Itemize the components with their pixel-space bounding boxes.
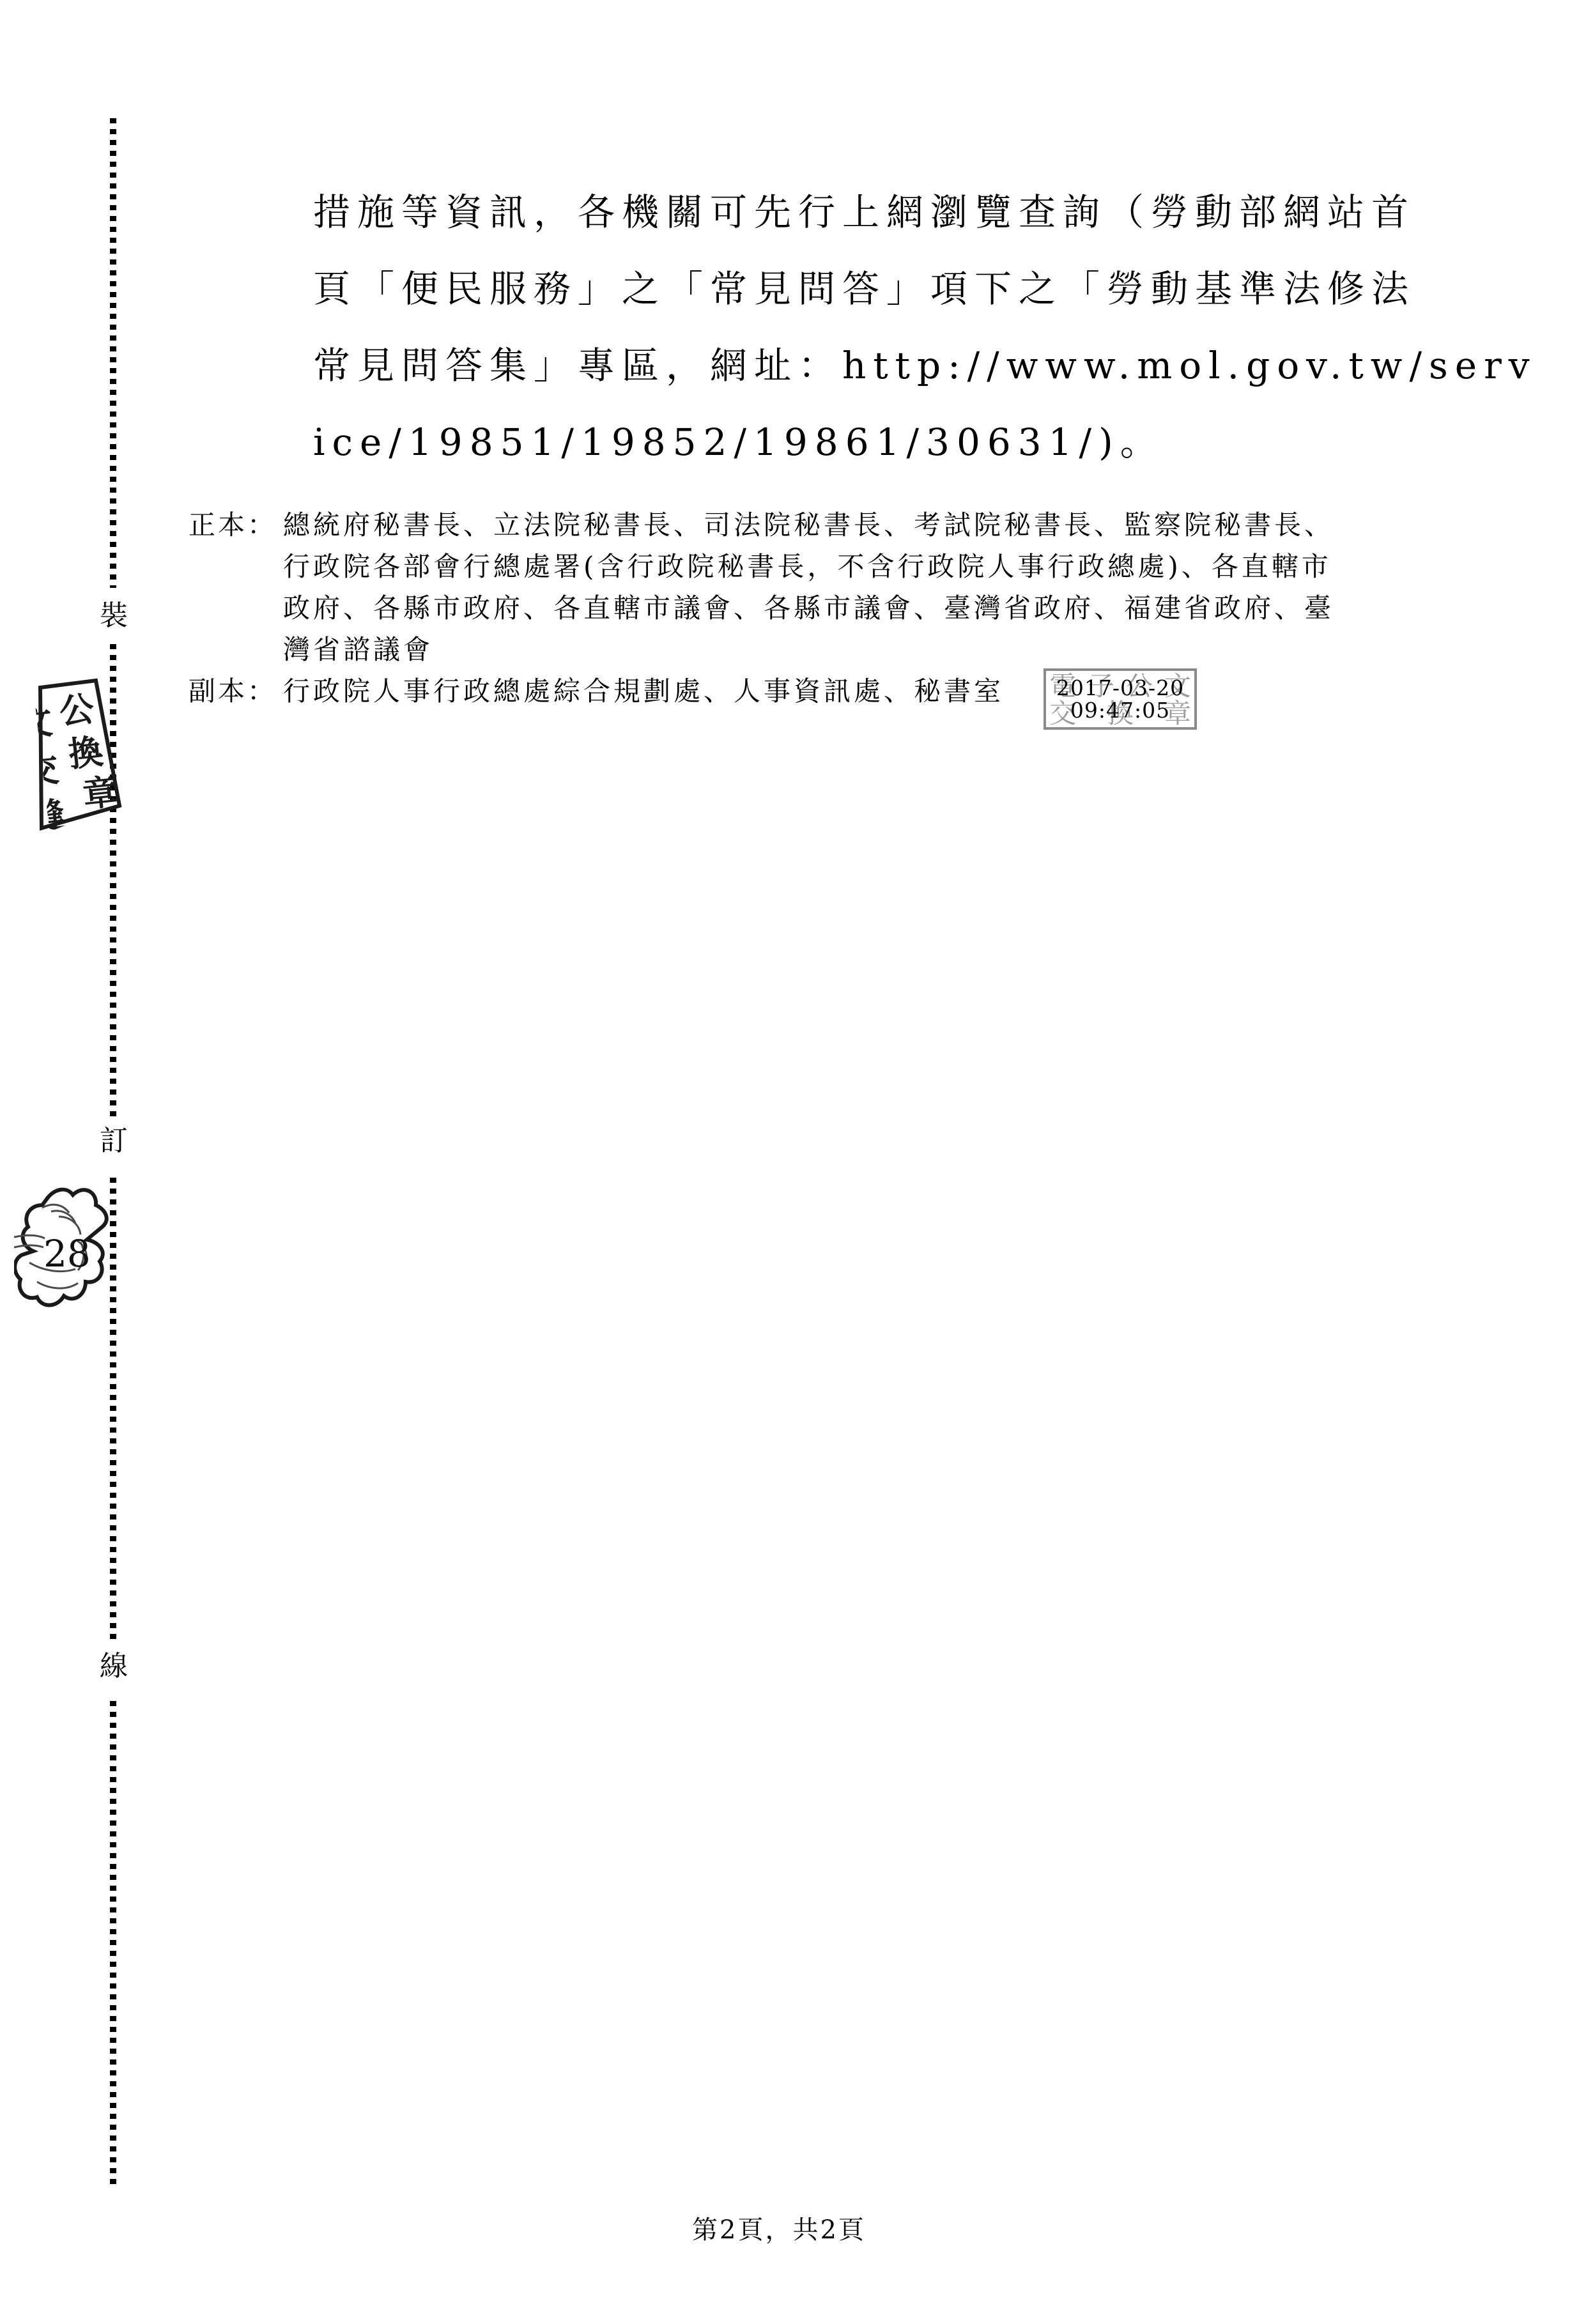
paragraph-line-2: 頁「便民服務」之「常見問答」項下之「勞動基準法修法 bbox=[313, 250, 1502, 327]
seam-stamp-char-jiao-partial: 交 bbox=[29, 748, 61, 792]
seam-stamp-char-zhang: 章 bbox=[81, 771, 119, 815]
original-recipients-line-1: 總統府秘書長、立法院秘書長、司法院秘書長、考試院秘書長、監察院秘書長、 bbox=[283, 504, 1467, 546]
binding-char-ding: 訂 bbox=[96, 1127, 132, 1155]
binding-char-xian: 線 bbox=[96, 1652, 132, 1681]
seam-stamp-char-feng-partial: 縫 bbox=[29, 794, 66, 838]
paragraph-line-1: 措施等資訊，各機關可先行上網瀏覽查詢（勞動部網站首 bbox=[313, 174, 1502, 250]
paragraph-line-4: ice/19851/19852/19861/30631/)。 bbox=[313, 404, 1502, 481]
exchange-stamp-date: 2017-03-20 bbox=[1046, 677, 1194, 698]
original-recipients-content: 總統府秘書長、立法院秘書長、司法院秘書長、考試院秘書長、監察院秘書長、 行政院各… bbox=[283, 504, 1467, 670]
electronic-exchange-stamp: 電 子 公 文 交 換 章 2017-03-20 09:47:05 bbox=[1044, 668, 1197, 730]
original-recipients-line-4: 灣省諮議會 bbox=[283, 629, 1467, 670]
copy-recipients-label: 副本： bbox=[189, 670, 283, 712]
copy-recipients-row: 副本： 行政院人事行政總處綜合規劃處、人事資訊處、秘書室 bbox=[189, 670, 1467, 712]
exchange-seam-stamp: 公 換 章 文 交 縫 bbox=[29, 676, 131, 839]
body-paragraph: 措施等資訊，各機關可先行上網瀏覽查詢（勞動部網站首 頁「便民服務」之「常見問答」… bbox=[313, 174, 1502, 481]
seam-stamp-char-wen-partial: 文 bbox=[29, 700, 54, 744]
copy-recipients-line: 行政院人事行政總處綜合規劃處、人事資訊處、秘書室 bbox=[283, 670, 1467, 712]
paragraph-line-3: 常見問答集」專區，網址：http://www.mol.gov.tw/serv bbox=[313, 327, 1502, 404]
perforation-flower-stamp: 28 bbox=[14, 1181, 113, 1321]
original-recipients-line-3: 政府、各縣市政府、各直轄市議會、各縣市議會、臺灣省政府、福建省政府、臺 bbox=[283, 587, 1467, 629]
seam-stamp-char-huan: 換 bbox=[66, 730, 105, 774]
exchange-stamp-time: 09:47:05 bbox=[1046, 700, 1194, 721]
seam-stamp-char-gong: 公 bbox=[58, 688, 96, 732]
document-page: 裝 訂 線 公 換 章 文 交 縫 bbox=[0, 0, 1579, 2324]
recipients-block: 正本： 總統府秘書長、立法院秘書長、司法院秘書長、考試院秘書長、監察院秘書長、 … bbox=[189, 504, 1467, 712]
footer-page-number: 第2頁，共2頁 bbox=[692, 2210, 866, 2246]
flower-stamp-number: 28 bbox=[43, 1232, 91, 1275]
copy-recipients-content: 行政院人事行政總處綜合規劃處、人事資訊處、秘書室 bbox=[283, 670, 1467, 712]
binding-dotted-line-bottom bbox=[110, 1701, 116, 2186]
original-recipients-row: 正本： 總統府秘書長、立法院秘書長、司法院秘書長、考試院秘書長、監察院秘書長、 … bbox=[189, 504, 1467, 670]
binding-dotted-line-top bbox=[110, 118, 116, 588]
original-recipients-label: 正本： bbox=[189, 504, 283, 546]
binding-char-zhuang: 裝 bbox=[96, 602, 132, 630]
original-recipients-line-2: 行政院各部會行總處署(含行政院秘書長，不含行政院人事行政總處)、各直轄市 bbox=[283, 546, 1467, 587]
